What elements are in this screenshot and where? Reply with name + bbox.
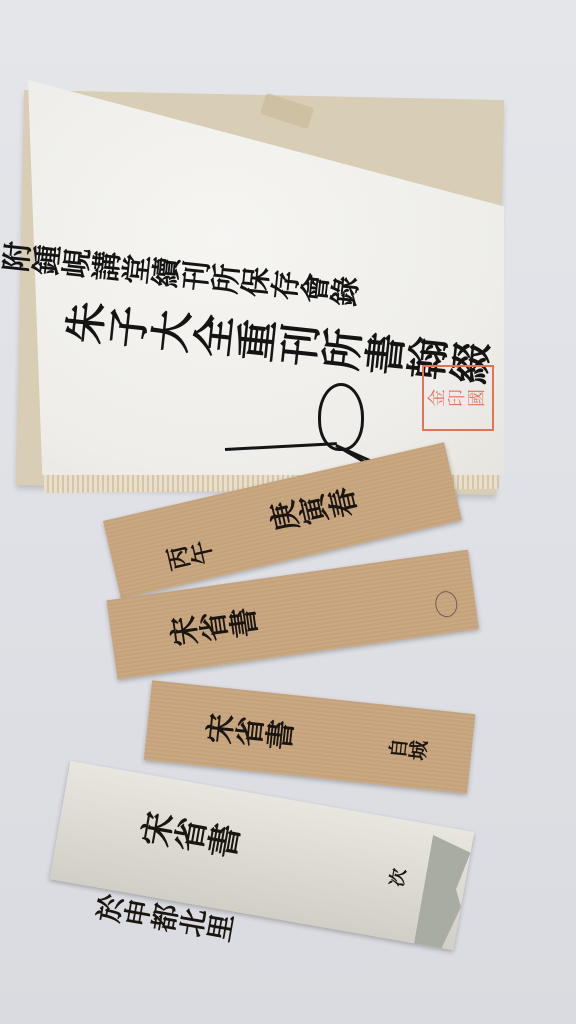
envelope-label: 宋省書: [202, 709, 336, 766]
envelope-label: 宋省書: [135, 805, 311, 883]
envelope-sub: 於申都北里: [92, 888, 296, 962]
envelope-sub: 自城: [386, 734, 479, 772]
red-seal-stamp: 金 印 國: [422, 365, 494, 431]
seal-char: 國: [468, 389, 488, 407]
envelope-4: 宋省書 於申都北里 次: [50, 761, 475, 950]
binding-string-loop: [318, 383, 364, 451]
envelope-sub: 丙午: [163, 526, 259, 580]
envelope-label: 庚寅春: [265, 475, 392, 545]
postmark: [434, 590, 459, 619]
envelope-3: 宋省書 自城: [144, 680, 476, 794]
seal-char: 金: [428, 389, 448, 407]
envelope-label: 宋省書: [166, 597, 301, 659]
seal-char: 印: [448, 389, 468, 407]
